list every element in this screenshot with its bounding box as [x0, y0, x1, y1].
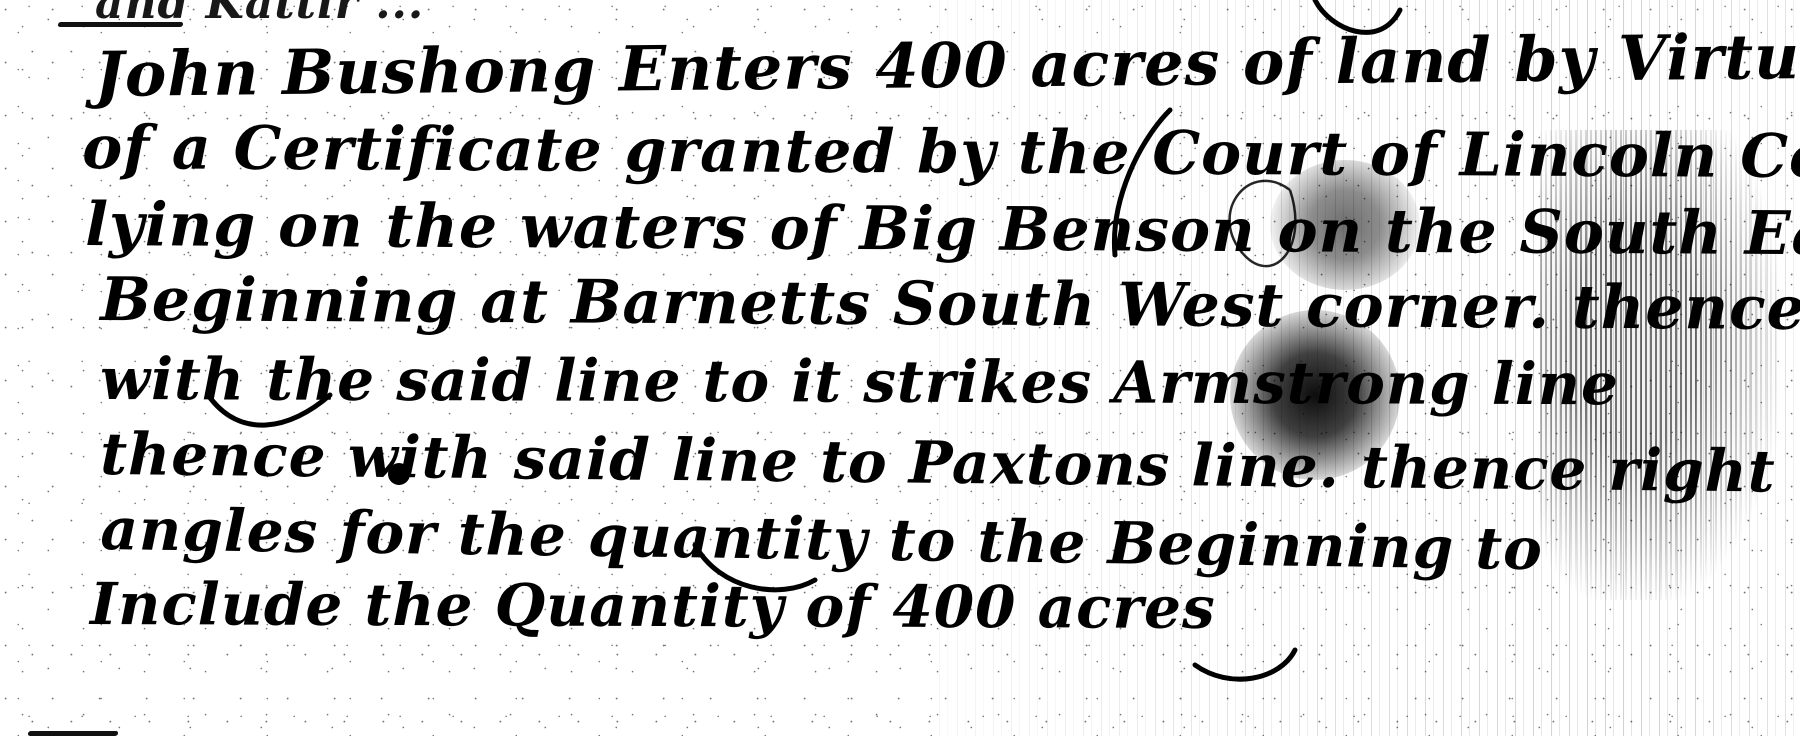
document-line-6: thence with said line to Paxtons line. t… [100, 420, 1776, 506]
document-line-1: John Bushong Enters 400 acres of land by… [94, 20, 1800, 111]
scanned-document-page: and Kattir ... John Bushong Enters 400 a… [0, 0, 1800, 736]
underline-mark-bottom [28, 731, 119, 736]
document-line-2: of a Certificate granted by the Court of… [82, 113, 1800, 193]
document-line-3: lying on the waters of Big Benson on the… [85, 190, 1800, 269]
document-line-4: Beginning at Barnetts South West corner.… [100, 265, 1800, 344]
document-line-5: with the said line to it strikes Armstro… [100, 345, 1619, 418]
document-line-8: Include the Quantity of 400 acres [90, 570, 1216, 642]
underline-mark-top [58, 22, 184, 27]
